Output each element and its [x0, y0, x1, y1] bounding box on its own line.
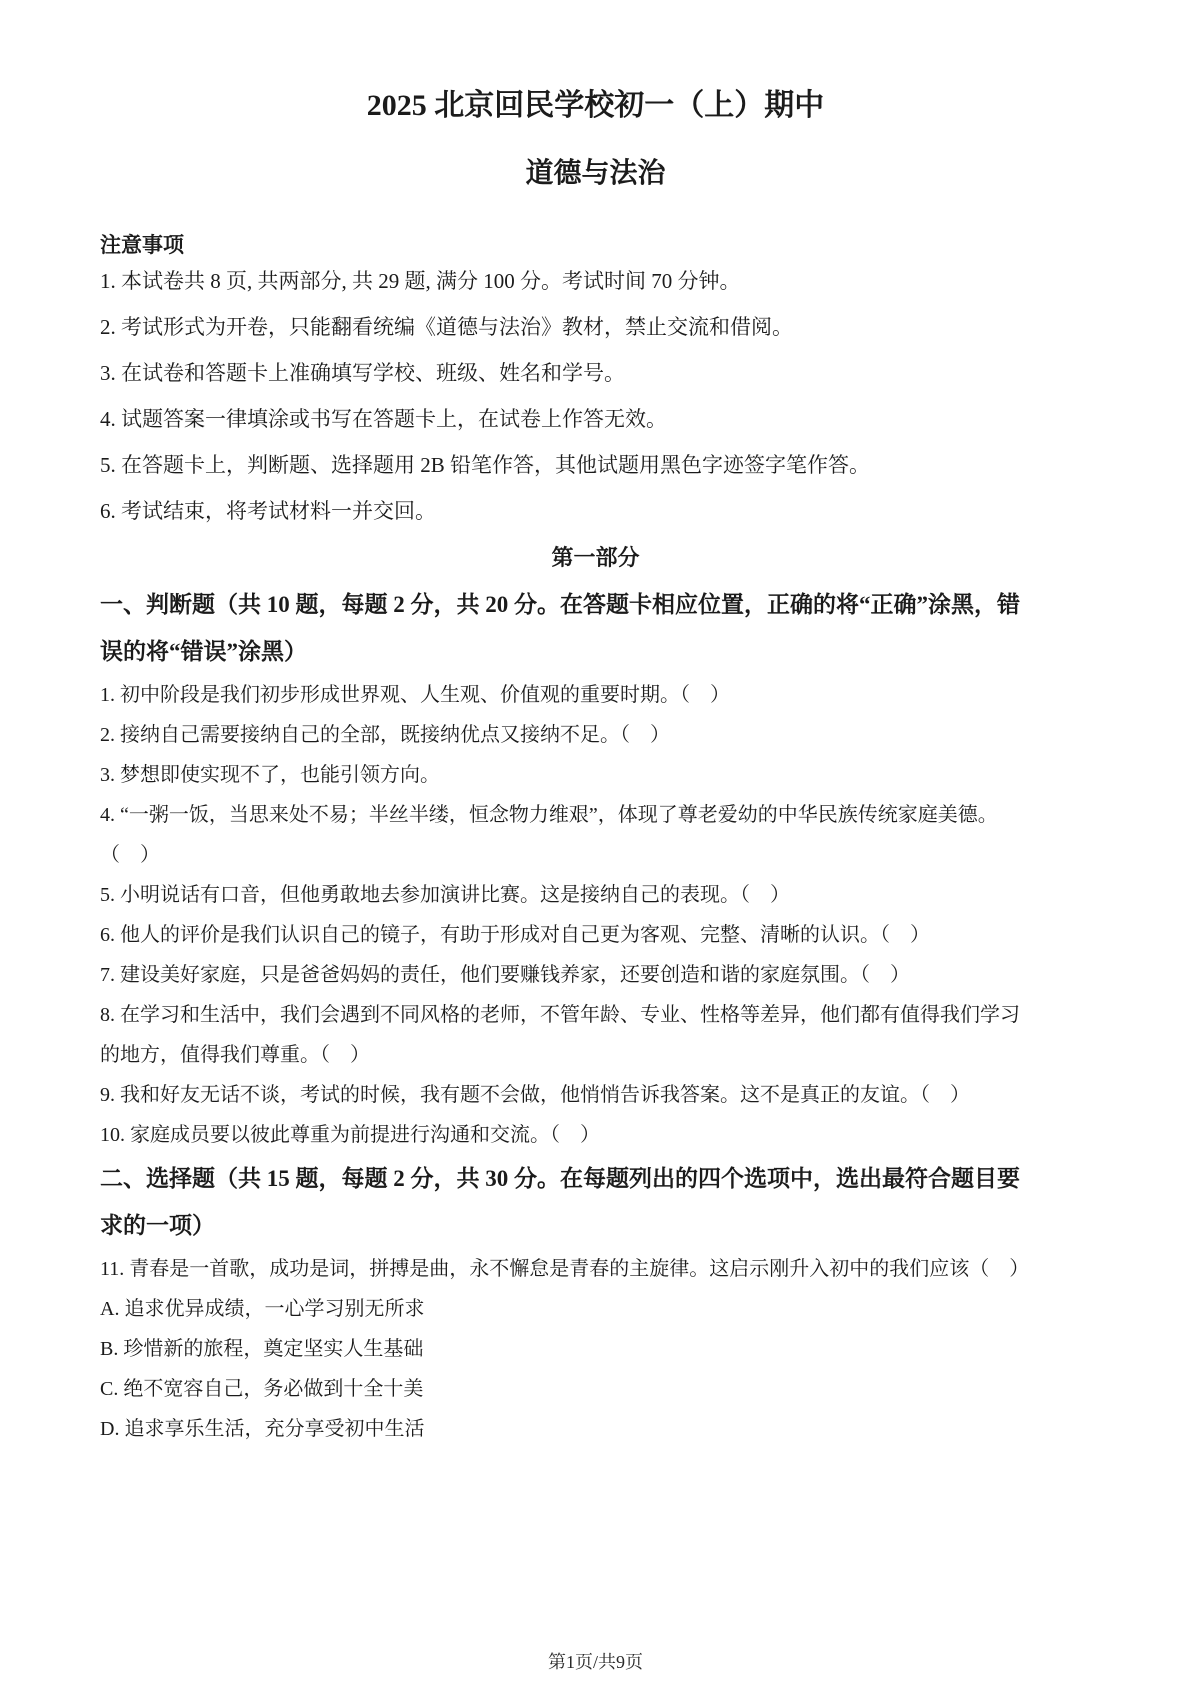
- exam-paper-page: 2025 北京回民学校初一（上）期中 道德与法治 注意事项 1. 本试卷共 8 …: [0, 0, 1191, 1684]
- page-number-indicator: 第1页/共9页: [0, 1648, 1191, 1674]
- page-subtitle: 道德与法治: [0, 158, 1191, 190]
- judgment-question-10: 10. 家庭成员要以彼此尊重为前提进行沟通和交流。（ ）: [100, 1115, 1030, 1155]
- notice-list: 1. 本试卷共 8 页, 共两部分, 共 29 题, 满分 100 分。考试时间…: [100, 258, 1030, 534]
- judgment-section-heading: 一、判断题（共 10 题，每题 2 分，共 20 分。在答题卡相应位置，正确的将…: [100, 581, 1030, 675]
- part1-heading: 第一部分: [0, 534, 1191, 581]
- choice-question-11-stem: 11. 青春是一首歌，成功是词，拼搏是曲，永不懈怠是青春的主旋律。这启示刚升入初…: [100, 1249, 1030, 1289]
- judgment-question-list: 1. 初中阶段是我们初步形成世界观、人生观、价值观的重要时期。（ ） 2. 接纳…: [100, 675, 1030, 1155]
- choice-question-11-option-b: B. 珍惜新的旅程，奠定坚实人生基础: [100, 1329, 1030, 1369]
- judgment-question-1: 1. 初中阶段是我们初步形成世界观、人生观、价值观的重要时期。（ ）: [100, 675, 1030, 715]
- judgment-question-8: 8. 在学习和生活中，我们会遇到不同风格的老师，不管年龄、专业、性格等差异，他们…: [100, 995, 1030, 1075]
- exam-content: 2025 北京回民学校初一（上）期中 道德与法治 注意事项 1. 本试卷共 8 …: [100, 88, 1030, 1449]
- notice-item-1: 1. 本试卷共 8 页, 共两部分, 共 29 题, 满分 100 分。考试时间…: [100, 258, 1030, 304]
- judgment-question-7: 7. 建设美好家庭，只是爸爸妈妈的责任，他们要赚钱养家，还要创造和谐的家庭氛围。…: [100, 955, 1030, 995]
- notice-heading: 注意事项: [100, 232, 1030, 258]
- notice-item-5: 5. 在答题卡上，判断题、选择题用 2B 铅笔作答，其他试题用黑色字迹签字笔作答…: [100, 442, 1030, 488]
- notice-item-2: 2. 考试形式为开卷，只能翻看统编《道德与法治》教材，禁止交流和借阅。: [100, 304, 1030, 350]
- choice-question-11-option-a: A. 追求优异成绩，一心学习别无所求: [100, 1289, 1030, 1329]
- judgment-question-6: 6. 他人的评价是我们认识自己的镜子，有助于形成对自己更为客观、完整、清晰的认识…: [100, 915, 1030, 955]
- choice-section-heading: 二、选择题（共 15 题，每题 2 分，共 30 分。在每题列出的四个选项中，选…: [100, 1155, 1030, 1249]
- notice-item-6: 6. 考试结束，将考试材料一并交回。: [100, 488, 1030, 534]
- judgment-question-9: 9. 我和好友无话不谈，考试的时候，我有题不会做，他悄悄告诉我答案。这不是真正的…: [100, 1075, 1030, 1115]
- notice-item-3: 3. 在试卷和答题卡上准确填写学校、班级、姓名和学号。: [100, 350, 1030, 396]
- page-title: 2025 北京回民学校初一（上）期中: [0, 88, 1191, 124]
- judgment-question-5: 5. 小明说话有口音，但他勇敢地去参加演讲比赛。这是接纳自己的表现。（ ）: [100, 875, 1030, 915]
- judgment-question-3: 3. 梦想即使实现不了，也能引领方向。: [100, 755, 1030, 795]
- notice-item-4: 4. 试题答案一律填涂或书写在答题卡上，在试卷上作答无效。: [100, 396, 1030, 442]
- judgment-question-2: 2. 接纳自己需要接纳自己的全部，既接纳优点又接纳不足。（ ）: [100, 715, 1030, 755]
- choice-question-11: 11. 青春是一首歌，成功是词，拼搏是曲，永不懈怠是青春的主旋律。这启示刚升入初…: [100, 1249, 1030, 1449]
- judgment-question-4: 4. “一粥一饭，当思来处不易；半丝半缕，恒念物力维艰”，体现了尊老爱幼的中华民…: [100, 795, 1030, 875]
- choice-question-11-option-d: D. 追求享乐生活，充分享受初中生活: [100, 1409, 1030, 1449]
- choice-question-11-option-c: C. 绝不宽容自己，务必做到十全十美: [100, 1369, 1030, 1409]
